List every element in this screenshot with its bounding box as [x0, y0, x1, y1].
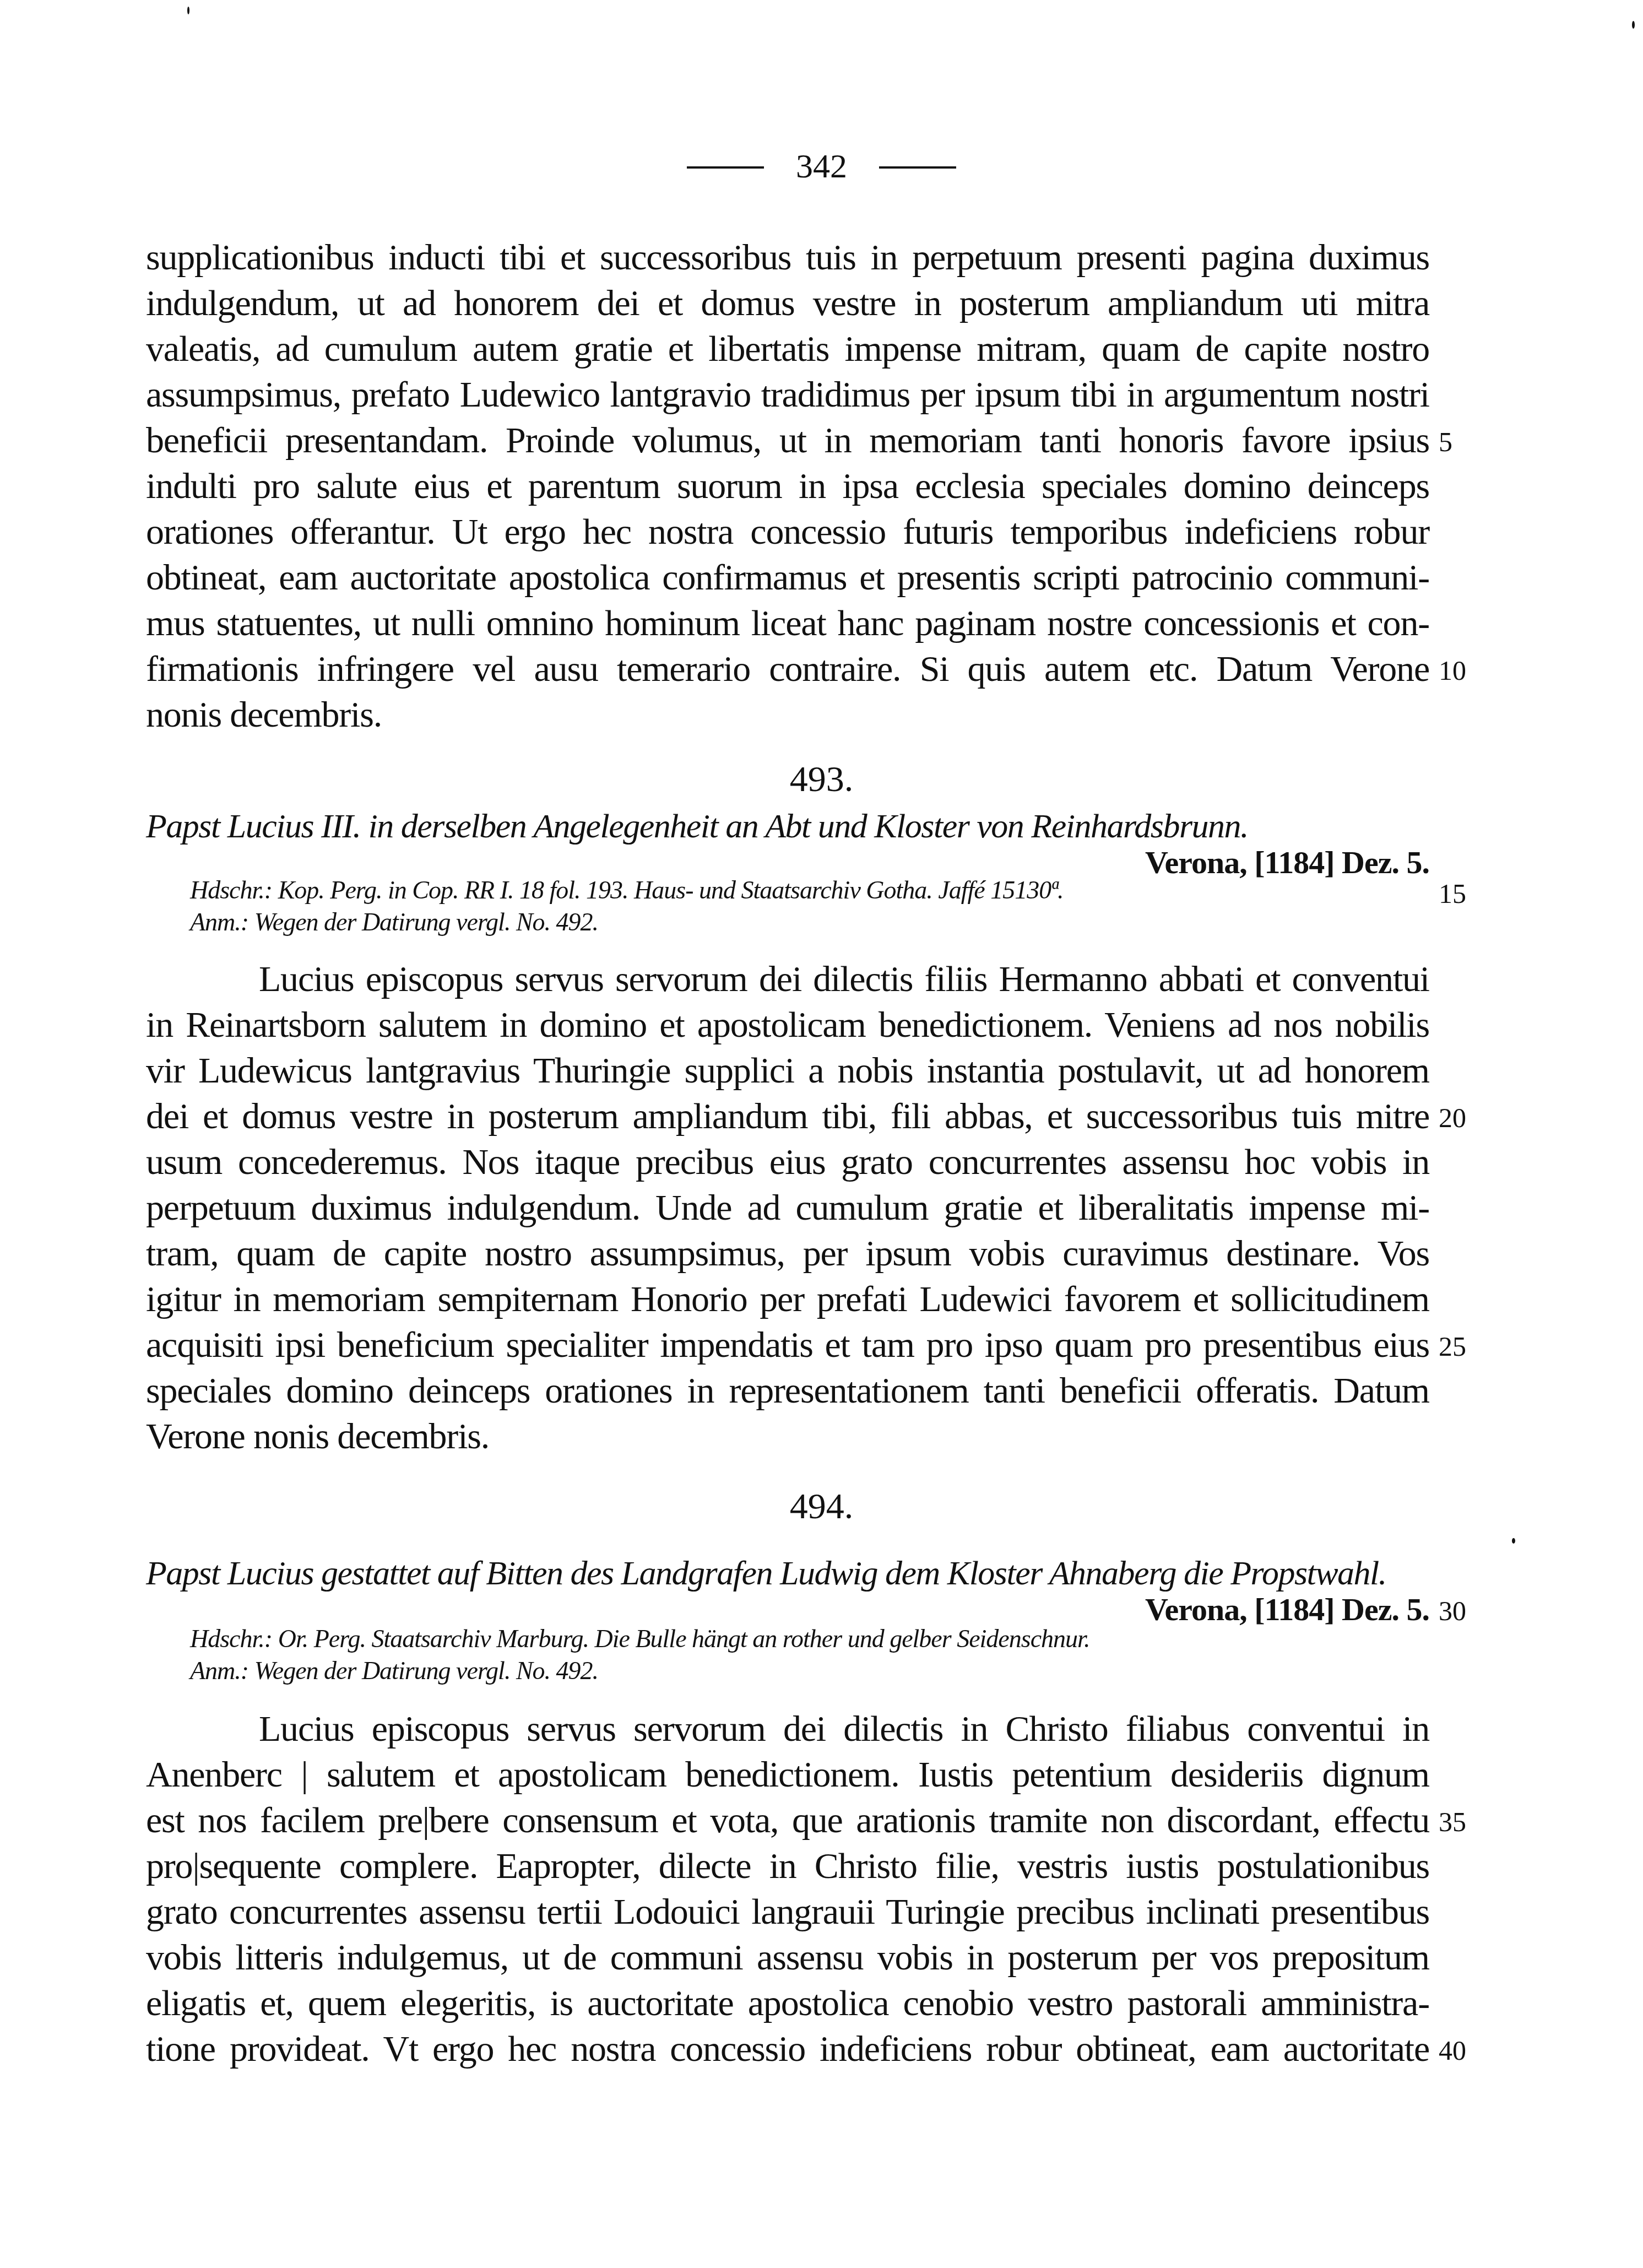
document-datum: Verona, [1184] Dez. 5. [1145, 841, 1429, 885]
text-line: vir Ludewicus lantgravius Thuringie supp… [146, 1049, 1429, 1093]
page-number: 342 [796, 148, 847, 185]
manuscript-note: Hdschr.: Kop. Perg. in Cop. RR I. 18 fol… [190, 874, 1063, 907]
text-line: usum concederemus. Nos itaque precibus e… [146, 1140, 1429, 1184]
text-line: obtineat, eam auctoritate apostolica con… [146, 556, 1429, 600]
text-line: tione provideat. Vt ergo hec nostra conc… [146, 2027, 1429, 2071]
text-line: beneficii presentandam. Proinde volumus,… [146, 419, 1429, 463]
text-line: eligatis et, quem elegeritis, is auctori… [146, 1982, 1429, 2026]
line-number: 30 [1439, 1589, 1466, 1633]
document-datum: Verona, [1184] Dez. 5. [1145, 1588, 1429, 1632]
text-line: indulgendum, ut ad honorem dei et domus … [146, 282, 1429, 326]
text-line: nonis decembris. [146, 693, 1429, 737]
line-number: 25 [1439, 1324, 1466, 1368]
header-dash-right [879, 166, 956, 169]
text-line: in Reinartsborn salutem in domino et apo… [146, 1003, 1429, 1047]
text-line: Lucius episcopus servus servorum dei dil… [146, 957, 1429, 1002]
text-line: est nos facilem pre|bere consensum et vo… [146, 1799, 1429, 1843]
scan-speck [1632, 21, 1635, 29]
header-dash-left [687, 166, 764, 169]
text-line: Lucius episcopus servus servorum dei dil… [146, 1707, 1429, 1751]
manuscript-note: Hdschr.: Or. Perg. Staatsarchiv Marburg.… [190, 1622, 1089, 1655]
text-line: vobis litteris indulgemus, ut de communi… [146, 1936, 1429, 1980]
text-line: Anenberc | salutem et apostolicam benedi… [146, 1753, 1429, 1797]
text-line: acquisiti ipsi beneficium specialiter im… [146, 1323, 1429, 1367]
text-line: tram, quam de capite nostro assumpsimus,… [146, 1232, 1429, 1276]
annotation-note: Anm.: Wegen der Datirung vergl. No. 492. [190, 1654, 598, 1687]
annotation-note: Anm.: Wegen der Datirung vergl. No. 492. [190, 906, 598, 939]
scan-speck [1512, 1538, 1515, 1544]
text-line: Verone nonis decembris. [146, 1415, 1429, 1459]
line-number: 35 [1439, 1800, 1466, 1844]
line-number: 10 [1439, 648, 1466, 692]
line-number: 20 [1439, 1096, 1466, 1140]
document-number: 493. [0, 755, 1643, 804]
text-line: perpetuum duximus indulgendum. Unde ad c… [146, 1186, 1429, 1230]
text-line: dei et domus vestre in posterum ampliand… [146, 1095, 1429, 1139]
text-line: speciales domino deinceps orationes in r… [146, 1369, 1429, 1413]
line-number: 40 [1439, 2028, 1466, 2072]
text-line: igitur in memoriam sempiternam Honorio p… [146, 1278, 1429, 1322]
document-page: 342 supplicationibus inducti tibi et suc… [0, 0, 1643, 2268]
text-line: assumpsimus, prefato Ludewico lantgravio… [146, 373, 1429, 417]
document-number: 494. [0, 1482, 1643, 1531]
line-number: 15 [1439, 872, 1466, 916]
text-line: mus statuentes, ut nulli omnino hominum … [146, 602, 1429, 646]
text-line: supplicationibus inducti tibi et success… [146, 236, 1429, 280]
text-line: firmationis infringere vel ausu temerari… [146, 647, 1429, 691]
text-line: valeatis, ad cumulum autem gratie et lib… [146, 327, 1429, 371]
text-line: orationes offerantur. Ut ergo hec nostra… [146, 510, 1429, 554]
text-line: grato concurrentes assensu tertii Lodoui… [146, 1890, 1429, 1934]
scan-speck [187, 7, 189, 14]
page-header: 342 [0, 144, 1643, 188]
line-number: 5 [1439, 420, 1452, 464]
text-line: pro|sequente complere. Eapropter, dilect… [146, 1844, 1429, 1888]
text-line: indulti pro salute eius et parentum suor… [146, 464, 1429, 508]
